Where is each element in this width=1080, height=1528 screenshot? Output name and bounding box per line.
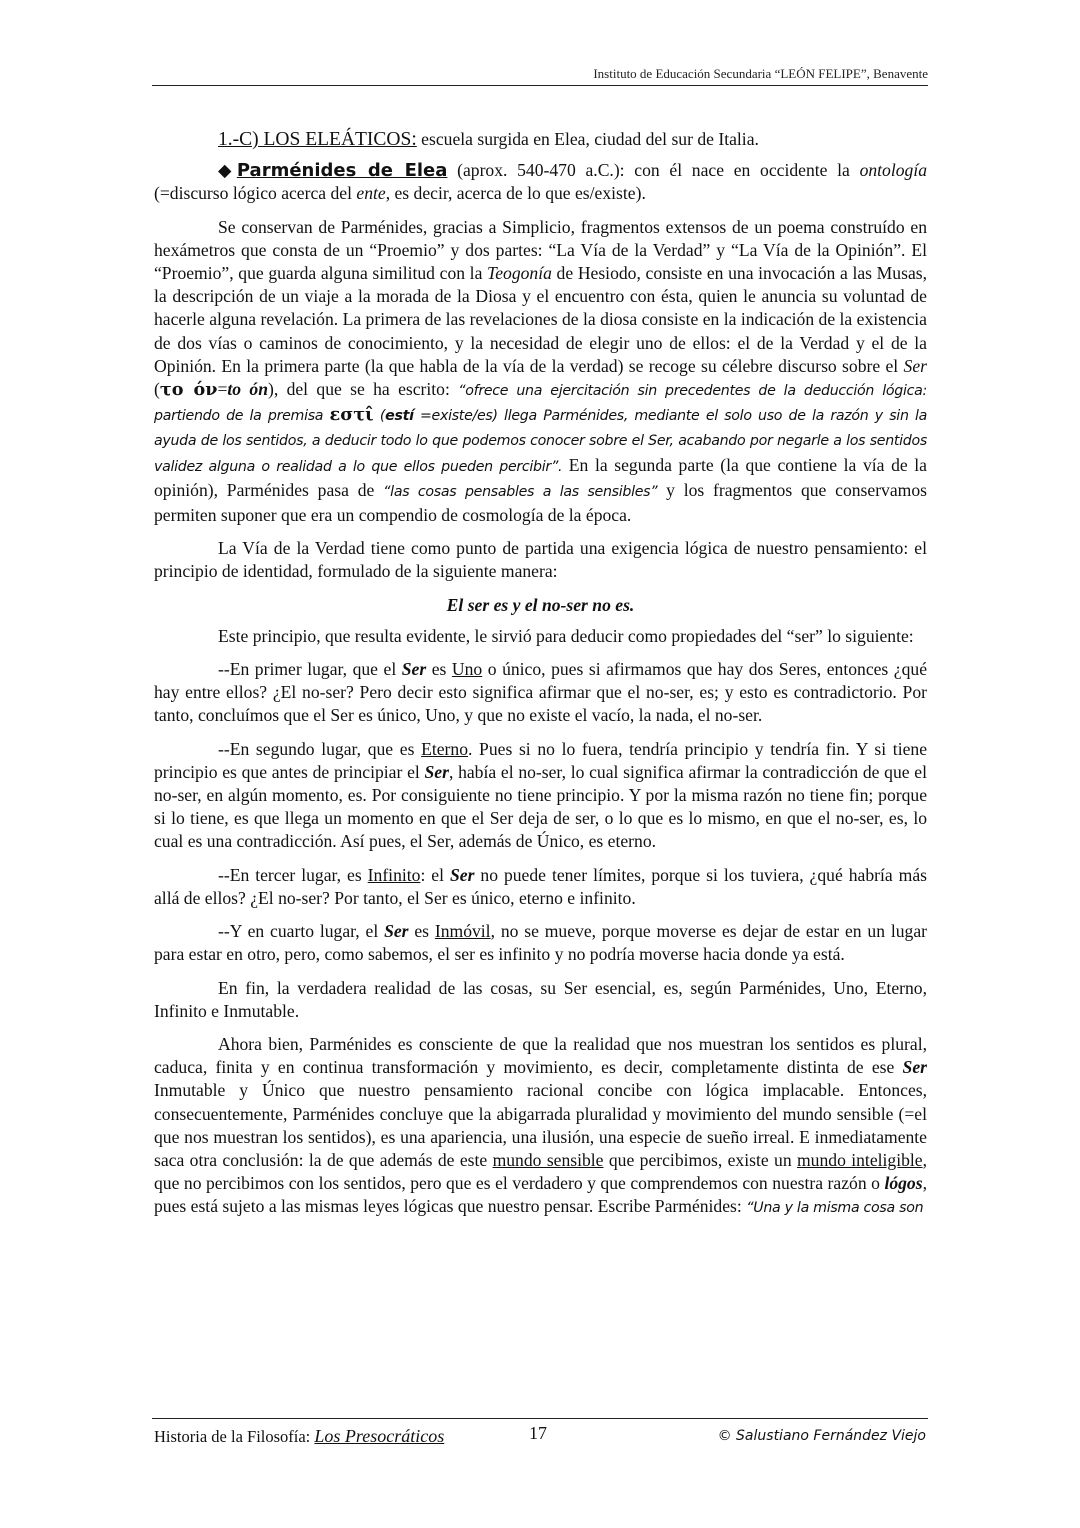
course-title: Los Presocráticos xyxy=(314,1426,444,1446)
subject-label: Historia de la Filosofía: xyxy=(154,1427,314,1446)
term-mundo-sensible: mundo sensible xyxy=(493,1150,604,1170)
greek-esti: εστι̂ xyxy=(330,404,374,425)
paragraph-summary: En fin, la verdadera realidad de las cos… xyxy=(154,977,927,1023)
text: es xyxy=(409,921,435,941)
paragraph-poem: Se conservan de Parménides, gracias a Si… xyxy=(154,216,927,528)
document-body: 1.-C) LOS ELEÁTICOS: escuela surgida en … xyxy=(154,128,927,1231)
paragraph-two-worlds: Ahora bien, Parménides es consciente de … xyxy=(154,1033,927,1221)
text: que percibimos, existe un xyxy=(604,1150,798,1170)
text: --En segundo lugar, que es xyxy=(218,739,421,759)
text: = xyxy=(217,379,227,399)
section-subtitle: escuela surgida en Elea, ciudad del sur … xyxy=(417,129,759,149)
property-inmovil: --Y en cuarto lugar, el Ser es Inmóvil, … xyxy=(154,920,927,966)
text: --Y en cuarto lugar, el xyxy=(218,921,384,941)
section-title: 1.-C) LOS ELEÁTICOS: xyxy=(218,129,417,150)
quote: ( xyxy=(374,408,386,424)
text: ), del que se ha escrito: xyxy=(268,379,458,399)
text: Ahora bien, Parménides es consciente de … xyxy=(154,1034,927,1077)
property-eterno: --En segundo lugar, que es Eterno. Pues … xyxy=(154,738,927,854)
quote: “las cosas pensables a las sensibles” xyxy=(383,484,657,500)
intro-text: , es decir, acerca de lo que es/existe). xyxy=(386,183,646,203)
intro-text: (=discurso lógico acerca del xyxy=(154,183,356,203)
term-to-on: to ón xyxy=(227,379,268,399)
term-ser: Ser xyxy=(450,865,474,885)
key-term: Eterno xyxy=(421,739,468,759)
page-header: Instituto de Educación Secundaria “LEÓN … xyxy=(152,64,928,86)
paragraph-via-verdad: La Vía de la Verdad tiene como punto de … xyxy=(154,537,927,583)
term-ser: Ser xyxy=(903,1057,927,1077)
term-ser: Ser xyxy=(904,356,927,376)
principle-of-identity: El ser es y el no-ser no es. xyxy=(154,594,927,617)
term-ontologia: ontología xyxy=(860,160,927,180)
term-ser: Ser xyxy=(402,659,426,679)
institution-name: Instituto de Educación Secundaria “LEÓN … xyxy=(593,66,928,82)
document-page: Instituto de Educación Secundaria “LEÓN … xyxy=(0,0,1080,1528)
philosopher-intro: ◆Parménides de Elea (aprox. 540-470 a.C.… xyxy=(154,159,927,205)
term-teogonia: Teogonía xyxy=(487,263,552,283)
quote: “Una y la misma cosa son xyxy=(746,1200,923,1216)
term-esti: estí xyxy=(385,408,414,424)
text: es xyxy=(426,659,452,679)
footer-subject: Historia de la Filosofía: Los Presocráti… xyxy=(154,1426,444,1447)
text: --En tercer lugar, es xyxy=(218,865,368,885)
term-ser: Ser xyxy=(425,762,449,782)
property-infinito: --En tercer lugar, es Infinito: el Ser n… xyxy=(154,864,927,910)
section-heading: 1.-C) LOS ELEÁTICOS: escuela surgida en … xyxy=(154,128,927,151)
greek-to-on: το όν xyxy=(160,379,218,400)
intro-text: (aprox. 540-470 a.C.): con él nace en oc… xyxy=(447,160,859,180)
diamond-bullet-icon: ◆ xyxy=(218,160,237,180)
key-term: Infinito xyxy=(368,865,421,885)
term-mundo-inteligible: mundo inteligible xyxy=(797,1150,923,1170)
key-term: Inmóvil xyxy=(435,921,491,941)
term-ser: Ser xyxy=(384,921,408,941)
text: --En primer lugar, que el xyxy=(218,659,402,679)
text: : el xyxy=(420,865,450,885)
paragraph-principle: Este principio, que resulta evidente, le… xyxy=(154,625,927,648)
page-number: 17 xyxy=(529,1423,547,1444)
author-credit: © Salustiano Fernández Viejo xyxy=(718,1428,926,1444)
philosopher-name: Parménides de Elea xyxy=(237,160,448,181)
term-logos: lógos xyxy=(884,1173,922,1193)
key-term: Uno xyxy=(452,659,482,679)
term-ente: ente xyxy=(356,183,385,203)
page-footer: Historia de la Filosofía: Los Presocráti… xyxy=(152,1418,928,1453)
property-uno: --En primer lugar, que el Ser es Uno o ú… xyxy=(154,658,927,728)
